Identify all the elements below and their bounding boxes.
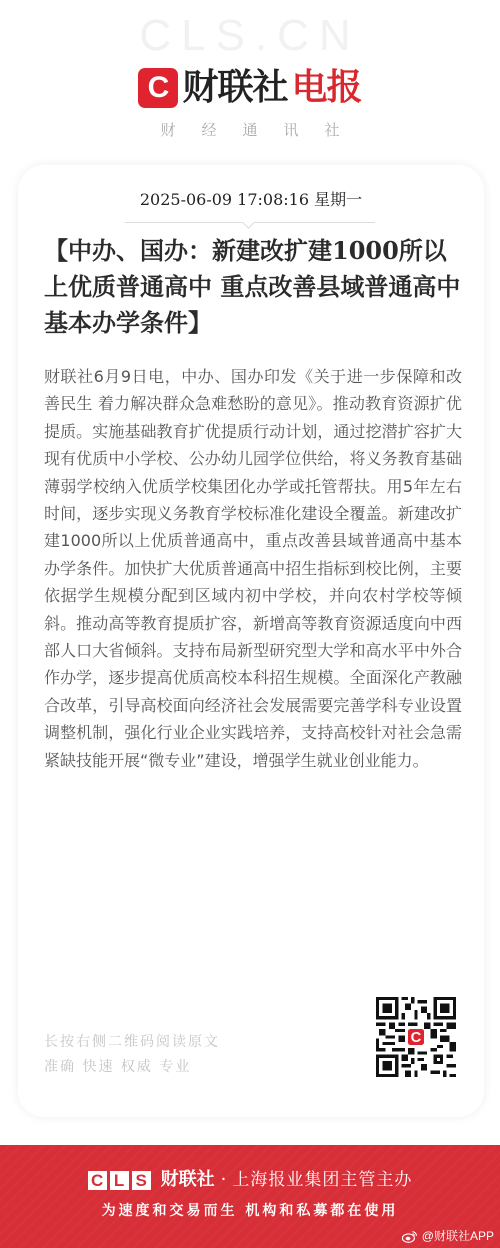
cls-letter-c: C xyxy=(88,1171,107,1190)
brand-subtitle: 财经通讯社 xyxy=(0,120,500,140)
band-organization: 上海报业集团主管主办 xyxy=(232,1169,412,1191)
band-brand-row: C L S 财联社 · 上海报业集团主管主办 xyxy=(0,1169,500,1191)
cls-letter-l: L xyxy=(110,1171,129,1190)
band-tagline: 为速度和交易而生 机构和私募都在使用 xyxy=(0,1201,500,1221)
qr-hint-text: 长按右侧二维码阅读原文 xyxy=(44,1031,220,1053)
cls-letter-logo: C L S xyxy=(88,1171,151,1190)
slogan-text: 准确 快速 权威 专业 xyxy=(44,1056,191,1078)
cls-letter-s: S xyxy=(132,1171,151,1190)
divider-notch-icon xyxy=(242,216,255,229)
band-brand-name: 财联社 xyxy=(161,1169,215,1191)
brand-telegraph: 电报 xyxy=(292,68,362,108)
article-card: 2025-06-09 17:08:16 星期一 【中办、国办：新建改扩建1000… xyxy=(18,165,484,1117)
article-body: 财联社6月9日电，中办、国办印发《关于进一步保障和改善民生 着力解决群众急难愁盼… xyxy=(44,363,462,774)
bottom-brand-band: C L S 财联社 · 上海报业集团主管主办 为速度和交易而生 机构和私募都在使… xyxy=(0,1145,500,1248)
cls-logo-icon: C xyxy=(138,68,178,108)
article-timestamp: 2025-06-09 17:08:16 星期一 xyxy=(18,188,484,212)
qr-code-icon[interactable]: C xyxy=(376,997,456,1077)
band-separator-dot: · xyxy=(221,1169,227,1191)
brand-name: 财联社 xyxy=(182,68,287,108)
brand-header: C 财联社 电报 xyxy=(0,68,500,108)
article-headline: 【中办、国办：新建改扩建1000所以上优质普通高中 重点改善县域普通高中基本办学… xyxy=(44,233,464,341)
watermark-cls-cn: CLS.CN xyxy=(0,14,500,58)
weibo-handle: @财联社APP xyxy=(422,1228,494,1244)
qr-center-logo: C xyxy=(411,1030,422,1046)
weibo-watermark: @财联社APP xyxy=(402,1228,494,1244)
weibo-icon xyxy=(402,1230,418,1243)
